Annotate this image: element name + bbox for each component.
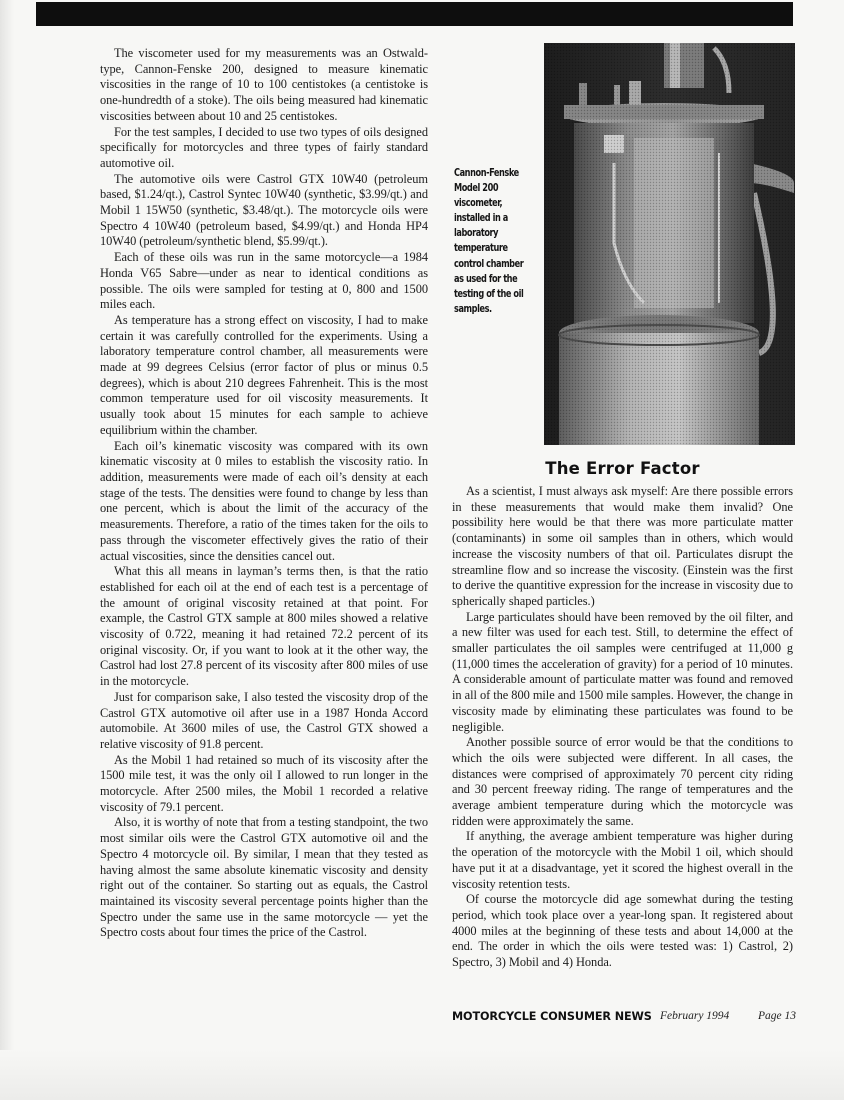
caption-line: Model 200 bbox=[454, 181, 526, 196]
paragraph: As a scientist, I must always ask myself… bbox=[452, 484, 793, 610]
page-bottom-shadow bbox=[0, 1050, 844, 1100]
paragraph: The viscometer used for my measurements … bbox=[100, 46, 428, 125]
page-number: Page 13 bbox=[758, 1010, 796, 1022]
paragraph: What this all means in layman’s terms th… bbox=[100, 564, 428, 690]
paragraph: For the test samples, I decided to use t… bbox=[100, 125, 428, 172]
caption-line: control chamber bbox=[454, 257, 526, 272]
paragraph: Another possible source of error would b… bbox=[452, 735, 793, 829]
paragraph: Large particulates should have been remo… bbox=[452, 610, 793, 736]
article-right-column: As a scientist, I must always ask myself… bbox=[452, 484, 793, 971]
page-edge-shadow bbox=[0, 0, 14, 1100]
paragraph: Of course the motorcycle did age somewha… bbox=[452, 892, 793, 971]
paragraph: Also, it is worthy of note that from a t… bbox=[100, 815, 428, 941]
caption-line: testing of the oil bbox=[454, 287, 526, 302]
paragraph: Just for comparison sake, I also tested … bbox=[100, 690, 428, 753]
paragraph: As the Mobil 1 had retained so much of i… bbox=[100, 753, 428, 816]
photo-image-icon bbox=[544, 43, 795, 445]
paragraph: Each of these oils was run in the same m… bbox=[100, 250, 428, 313]
paragraph: As temperature has a strong effect on vi… bbox=[100, 313, 428, 439]
caption-line: samples. bbox=[454, 302, 526, 317]
caption-line: viscometer, bbox=[454, 196, 526, 211]
header-bar bbox=[36, 2, 793, 26]
publication-name: MOTORCYCLE CONSUMER NEWS bbox=[452, 1010, 652, 1023]
caption-line: laboratory bbox=[454, 226, 526, 241]
issue-date: February 1994 bbox=[660, 1010, 729, 1022]
paragraph: The automotive oils were Castrol GTX 10W… bbox=[100, 172, 428, 251]
section-heading: The Error Factor bbox=[452, 459, 793, 478]
paragraph: If anything, the average ambient tempera… bbox=[452, 829, 793, 892]
article-left-column: The viscometer used for my measurements … bbox=[100, 46, 428, 941]
caption-line: Cannon-Fenske bbox=[454, 166, 526, 181]
photo-caption: Cannon-Fenske Model 200 viscometer, inst… bbox=[454, 166, 526, 317]
page-footer: MOTORCYCLE CONSUMER NEWS February 1994 P… bbox=[452, 1010, 797, 1028]
paragraph: Each oil’s kinematic viscosity was compa… bbox=[100, 439, 428, 565]
caption-line: installed in a bbox=[454, 211, 526, 226]
caption-line: as used for the bbox=[454, 272, 526, 287]
viscometer-photo bbox=[544, 43, 795, 445]
caption-line: temperature bbox=[454, 241, 526, 256]
